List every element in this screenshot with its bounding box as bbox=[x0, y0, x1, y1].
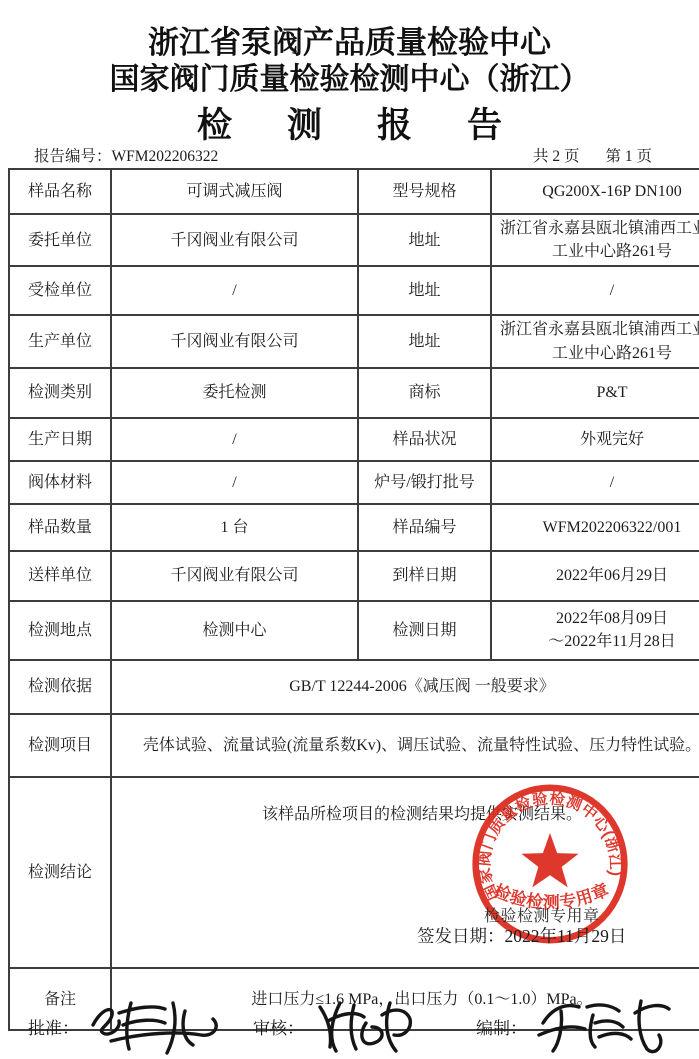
field-label: 地址 bbox=[358, 214, 491, 266]
table-row: 委托单位 千冈阀业有限公司 地址 浙江省永嘉县瓯北镇浦西工业区 工业中心路261… bbox=[9, 214, 699, 266]
field-label: 送样单位 bbox=[9, 551, 111, 601]
field-value: 千冈阀业有限公司 bbox=[111, 551, 358, 601]
table-row-conclusion: 检测结论 该样品所检项目的检测结果均提供实测结果。 国家阀门质量检验检测中心(浙… bbox=[9, 777, 699, 969]
report-title: 检 测 报 告 bbox=[0, 105, 699, 147]
review-group: 审核： bbox=[253, 994, 426, 1058]
field-label: 生产日期 bbox=[9, 418, 111, 461]
table-row: 检测地点 检测中心 检测日期 2022年08月09日 ～2022年11月28日 bbox=[9, 601, 699, 660]
field-value: 委托检测 bbox=[111, 368, 358, 418]
field-value: 千冈阀业有限公司 bbox=[111, 214, 358, 266]
field-label: 样品数量 bbox=[9, 504, 111, 551]
field-value: 2022年06月29日 bbox=[491, 551, 699, 601]
table-row: 生产单位 千冈阀业有限公司 地址 浙江省永嘉县瓯北镇浦西工业区 工业中心路261… bbox=[9, 315, 699, 367]
field-label: 检测结论 bbox=[9, 777, 111, 969]
basis-value: GB/T 12244-2006《减压阀 一般要求》 bbox=[111, 660, 699, 714]
field-label: 样品编号 bbox=[358, 504, 491, 551]
table-row-basis: 检测依据 GB/T 12244-2006《减压阀 一般要求》 bbox=[9, 660, 699, 714]
table-row: 阀体材料 / 炉号/锻打批号 / bbox=[9, 461, 699, 504]
field-label: 检测日期 bbox=[358, 601, 491, 660]
field-value: P&T bbox=[491, 368, 699, 418]
field-value: / bbox=[111, 461, 358, 504]
field-label: 检测类别 bbox=[9, 368, 111, 418]
page-info: 共 2 页第 1 页 bbox=[533, 144, 692, 166]
prepare-signature bbox=[529, 995, 679, 1057]
org-title-line2: 国家阀门质量检验检测中心（浙江） bbox=[0, 61, 699, 99]
field-value: 浙江省永嘉县瓯北镇浦西工业区 工业中心路261号 bbox=[491, 315, 699, 367]
field-value: 千冈阀业有限公司 bbox=[111, 315, 358, 367]
field-label: 阀体材料 bbox=[9, 461, 111, 504]
field-label: 商标 bbox=[358, 368, 491, 418]
conclusion-cell: 该样品所检项目的检测结果均提供实测结果。 国家阀门质量检验检测中心(浙江) 检验… bbox=[111, 777, 699, 969]
table-row: 检测类别 委托检测 商标 P&T bbox=[9, 368, 699, 418]
review-signature bbox=[306, 995, 426, 1057]
field-value: 2022年08月09日 ～2022年11月28日 bbox=[491, 601, 699, 660]
field-label: 检测依据 bbox=[9, 660, 111, 714]
field-value: / bbox=[111, 418, 358, 461]
field-value: 外观完好 bbox=[491, 418, 699, 461]
field-value: / bbox=[491, 461, 699, 504]
table-row: 送样单位 千冈阀业有限公司 到样日期 2022年06月29日 bbox=[9, 551, 699, 601]
table-row: 生产日期 / 样品状况 外观完好 bbox=[9, 418, 699, 461]
prepare-label: 编制： bbox=[476, 1014, 527, 1039]
report-table: 样品名称 可调式减压阀 型号规格 QG200X-16P DN100 委托单位 千… bbox=[8, 168, 699, 1031]
report-number-value: WFM202206322 bbox=[112, 148, 219, 165]
table-row: 样品数量 1 台 样品编号 WFM202206322/001 bbox=[9, 504, 699, 551]
signature-footer: 批准： 审核： 编制： bbox=[0, 994, 699, 1058]
approve-group: 批准： bbox=[28, 994, 231, 1058]
field-label: 地址 bbox=[358, 315, 491, 367]
page-current: 第 1 页 bbox=[605, 148, 652, 165]
field-value: 1 台 bbox=[111, 504, 358, 551]
field-value: 浙江省永嘉县瓯北镇浦西工业区 工业中心路261号 bbox=[491, 214, 699, 266]
field-value: / bbox=[111, 266, 358, 315]
table-row: 受检单位 / 地址 / bbox=[9, 266, 699, 315]
report-number-label: 报告编号： bbox=[34, 148, 112, 165]
issue-date: 签发日期：2022年11月29日 bbox=[417, 924, 626, 949]
review-label: 审核： bbox=[253, 1014, 304, 1039]
inspection-report-page: 浙江省泵阀产品质量检验中心 国家阀门质量检验检测中心（浙江） 检 测 报 告 报… bbox=[0, 0, 699, 1059]
prepare-group: 编制： bbox=[476, 994, 679, 1058]
approve-label: 批准： bbox=[28, 1014, 79, 1039]
field-label: 检测项目 bbox=[9, 714, 111, 777]
field-label: 检测地点 bbox=[9, 601, 111, 660]
org-title-line1: 浙江省泵阀产品质量检验中心 bbox=[0, 0, 699, 61]
field-value: 检测中心 bbox=[111, 601, 358, 660]
field-label: 样品名称 bbox=[9, 169, 111, 214]
items-value: 壳体试验、流量试验(流量系数Kv)、调压试验、流量特性试验、压力特性试验。 bbox=[111, 714, 699, 777]
field-label: 受检单位 bbox=[9, 266, 111, 315]
star-icon bbox=[521, 833, 578, 887]
table-row: 样品名称 可调式减压阀 型号规格 QG200X-16P DN100 bbox=[9, 169, 699, 214]
field-label: 生产单位 bbox=[9, 315, 111, 367]
table-row-items: 检测项目 壳体试验、流量试验(流量系数Kv)、调压试验、流量特性试验、压力特性试… bbox=[9, 714, 699, 777]
field-label: 样品状况 bbox=[358, 418, 491, 461]
approve-signature bbox=[81, 995, 231, 1057]
page-total: 共 2 页 bbox=[533, 148, 580, 165]
field-label: 到样日期 bbox=[358, 551, 491, 601]
field-label: 地址 bbox=[358, 266, 491, 315]
field-value: 可调式减压阀 bbox=[111, 169, 358, 214]
field-label: 型号规格 bbox=[358, 169, 491, 214]
field-value: / bbox=[491, 266, 699, 315]
field-label: 委托单位 bbox=[9, 214, 111, 266]
field-value: WFM202206322/001 bbox=[491, 504, 699, 551]
field-value: QG200X-16P DN100 bbox=[491, 169, 699, 214]
report-meta-row: 报告编号：WFM202206322 共 2 页第 1 页 bbox=[8, 144, 692, 166]
field-label: 炉号/锻打批号 bbox=[358, 461, 491, 504]
report-number: 报告编号：WFM202206322 bbox=[8, 144, 218, 166]
